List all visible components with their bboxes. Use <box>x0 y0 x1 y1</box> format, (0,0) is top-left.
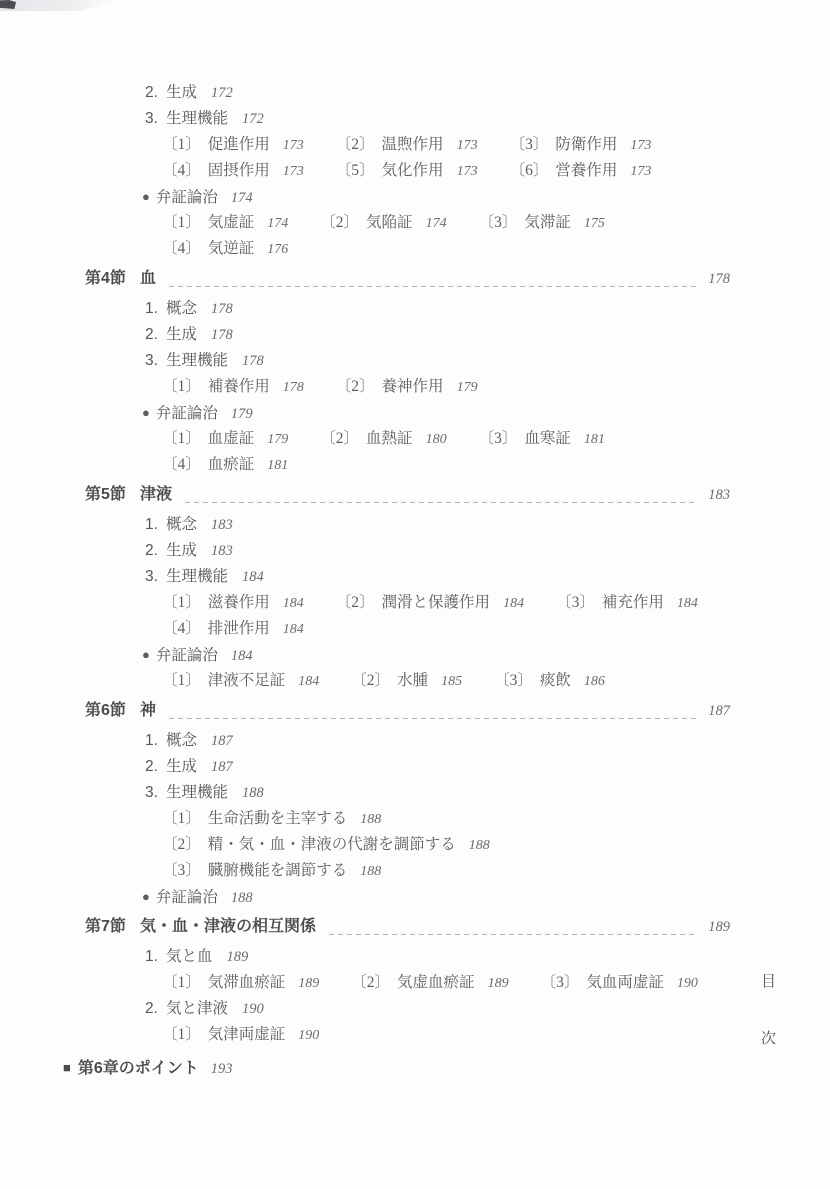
toc-sub-item: 〔2〕養神作用179 <box>336 374 478 400</box>
toc-sub-item-row: 〔1〕促進作用173〔2〕温煦作用173〔3〕防衛作用173 <box>162 132 730 158</box>
bullet-icon: ● <box>142 647 150 662</box>
item-title: 弁証論治 <box>156 189 218 206</box>
item-page-number: 187 <box>211 759 233 775</box>
toc-sub-item: 〔1〕気滞血瘀証189 <box>162 970 319 996</box>
toc-numbered-item: 3.生理機能184 <box>145 564 730 590</box>
toc-sub-item: 〔2〕血熱証180 <box>320 426 446 452</box>
sub-item-number: 〔1〕 <box>162 1026 201 1043</box>
sub-item-number: 〔3〕 <box>479 430 518 447</box>
sub-item-number: 〔3〕 <box>162 862 201 879</box>
sub-item-number: 〔1〕 <box>162 594 201 611</box>
item-number: 2. <box>145 542 158 559</box>
sub-item-page-number: 181 <box>267 458 288 473</box>
sub-item-page-number: 190 <box>677 976 698 991</box>
square-bullet-icon: ■ <box>63 1060 71 1075</box>
page-margin-label: 目 次 <box>761 970 776 1048</box>
sub-item-title: 補養作用 <box>208 378 270 395</box>
sub-item-number: 〔5〕 <box>336 162 375 179</box>
sub-item-page-number: 184 <box>283 596 304 611</box>
section-page-number: 178 <box>708 264 730 296</box>
sub-item-number: 〔2〕 <box>336 594 375 611</box>
item-title: 概念 <box>166 732 197 749</box>
toc-sub-item: 〔2〕気虚血瘀証189 <box>351 970 508 996</box>
sub-item-title: 排泄作用 <box>208 620 270 637</box>
item-title: 気と津液 <box>166 1000 228 1017</box>
sub-item-page-number: 176 <box>267 242 288 257</box>
item-number: 2. <box>145 1000 158 1017</box>
sub-item-number: 〔2〕 <box>351 974 390 991</box>
toc-sub-item: 〔1〕生命活動を主宰する188 <box>162 806 381 832</box>
item-page-number: 193 <box>211 1061 233 1077</box>
toc-sub-item: 〔1〕滋養作用184 <box>162 590 304 616</box>
toc-sub-item: 〔1〕補養作用178 <box>162 374 304 400</box>
sub-item-page-number: 178 <box>283 380 304 395</box>
toc-sub-item: 〔3〕血寒証181 <box>479 426 605 452</box>
item-number: 2. <box>145 84 158 101</box>
sub-item-page-number: 184 <box>677 596 698 611</box>
toc-sub-item-row: 〔1〕気津両虚証190 <box>162 1022 730 1048</box>
toc-sub-item: 〔3〕気滞証175 <box>479 210 605 236</box>
toc-sub-item-row: 〔1〕滋養作用184〔2〕潤滑と保護作用184〔3〕補充作用184 <box>162 590 730 616</box>
toc-sub-item: 〔3〕補充作用184 <box>556 590 698 616</box>
sub-item-title: 気滞証 <box>524 214 571 231</box>
dotted-leader <box>169 718 698 720</box>
sub-item-number: 〔3〕 <box>479 214 518 231</box>
sub-item-number: 〔3〕 <box>494 672 533 689</box>
sub-item-page-number: 184 <box>283 622 304 637</box>
item-title: 弁証論治 <box>156 647 218 664</box>
sub-item-title: 精・気・血・津液の代謝を調節する <box>208 836 456 853</box>
item-number: 3. <box>145 110 158 127</box>
item-page-number: 174 <box>231 190 253 206</box>
item-page-number: 187 <box>211 733 233 749</box>
toc-sub-item-row: 〔1〕津液不足証184〔2〕水腫185〔3〕痰飲186 <box>162 668 730 694</box>
toc-sub-item: 〔6〕営養作用173 <box>510 158 652 184</box>
item-title: 生理機能 <box>166 352 228 369</box>
sub-item-title: 血熱証 <box>366 430 413 447</box>
toc-numbered-item: 1.概念183 <box>145 512 730 538</box>
sub-item-number: 〔3〕 <box>541 974 580 991</box>
toc-list: 2.生成1723.生理機能172〔1〕促進作用173〔2〕温煦作用173〔3〕防… <box>0 80 730 1082</box>
item-page-number: 178 <box>242 353 264 369</box>
item-number: 3. <box>145 784 158 801</box>
sub-item-number: 〔1〕 <box>162 672 201 689</box>
sub-item-page-number: 189 <box>488 976 509 991</box>
sub-item-number: 〔2〕 <box>351 672 390 689</box>
item-page-number: 179 <box>231 406 253 422</box>
sub-item-title: 気虚血瘀証 <box>397 974 475 991</box>
sub-item-title: 防衛作用 <box>555 136 617 153</box>
sub-item-page-number: 174 <box>426 216 447 231</box>
item-number: 2. <box>145 326 158 343</box>
toc-sub-item-row: 〔4〕血瘀証181 <box>162 452 730 478</box>
item-page-number: 184 <box>242 569 264 585</box>
toc-numbered-item: 2.生成183 <box>145 538 730 564</box>
toc-section-heading: 第4節血178 <box>85 264 730 296</box>
bullet-icon: ● <box>142 889 150 904</box>
sub-item-number: 〔2〕 <box>320 430 359 447</box>
sub-item-page-number: 190 <box>298 1028 319 1043</box>
toc-sub-item: 〔2〕精・気・血・津液の代謝を調節する188 <box>162 832 490 858</box>
sub-item-page-number: 184 <box>298 674 319 689</box>
sub-item-number: 〔1〕 <box>162 810 201 827</box>
item-title: 概念 <box>166 300 197 317</box>
sub-item-page-number: 179 <box>267 432 288 447</box>
sub-item-number: 〔1〕 <box>162 430 201 447</box>
section-page-number: 189 <box>708 912 730 944</box>
sub-item-title: 温煦作用 <box>382 136 444 153</box>
section-page-number: 183 <box>708 480 730 512</box>
item-page-number: 184 <box>231 648 253 664</box>
item-number: 1. <box>145 516 158 533</box>
section-title: 神 <box>140 696 156 728</box>
toc-numbered-item: 2.生成172 <box>145 80 730 106</box>
toc-bullet-item: ●弁証論治184 <box>142 642 730 668</box>
item-number: 3. <box>145 352 158 369</box>
item-page-number: 190 <box>242 1001 264 1017</box>
sub-item-number: 〔3〕 <box>510 136 549 153</box>
sub-item-title: 気滞血瘀証 <box>208 974 286 991</box>
toc-sub-item: 〔4〕血瘀証181 <box>162 452 288 478</box>
toc-sub-item: 〔3〕防衛作用173 <box>510 132 652 158</box>
toc-sub-item-row: 〔1〕気滞血瘀証189〔2〕気虚血瘀証189〔3〕気血両虚証190 <box>162 970 730 996</box>
item-page-number: 188 <box>242 785 264 801</box>
item-title: 気と血 <box>166 948 213 965</box>
sub-item-number: 〔4〕 <box>162 240 201 257</box>
sub-item-title: 養神作用 <box>382 378 444 395</box>
sub-item-page-number: 173 <box>630 164 651 179</box>
sub-item-title: 促進作用 <box>208 136 270 153</box>
toc-sub-item: 〔1〕血虚証179 <box>162 426 288 452</box>
sub-item-page-number: 185 <box>441 674 462 689</box>
sub-item-title: 気血両虚証 <box>586 974 664 991</box>
sub-item-number: 〔1〕 <box>162 974 201 991</box>
sub-item-title: 血虚証 <box>208 430 255 447</box>
toc-bullet-item: ●弁証論治179 <box>142 400 730 426</box>
toc-sub-item-row: 〔4〕排泄作用184 <box>162 616 730 642</box>
sub-item-page-number: 173 <box>630 138 651 153</box>
sub-item-page-number: 184 <box>503 596 524 611</box>
item-page-number: 189 <box>226 949 248 965</box>
section-number: 第5節 <box>85 480 140 512</box>
item-title: 生成 <box>166 84 197 101</box>
sub-item-title: 気逆証 <box>208 240 255 257</box>
sub-item-number: 〔3〕 <box>556 594 595 611</box>
toc-numbered-item: 1.気と血189 <box>145 944 730 970</box>
toc-numbered-item: 3.生理機能178 <box>145 348 730 374</box>
sub-item-title: 痰飲 <box>540 672 571 689</box>
toc-sub-item: 〔2〕水腫185 <box>351 668 462 694</box>
sub-item-title: 水腫 <box>397 672 428 689</box>
section-number: 第7節 <box>85 912 140 944</box>
toc-numbered-item: 3.生理機能172 <box>145 106 730 132</box>
toc-sub-item-row: 〔1〕気虚証174〔2〕気陥証174〔3〕気滞証175 <box>162 210 730 236</box>
item-page-number: 172 <box>211 85 233 101</box>
section-number: 第6節 <box>85 696 140 728</box>
toc-sub-item: 〔4〕排泄作用184 <box>162 616 304 642</box>
toc-sub-item: 〔2〕潤滑と保護作用184 <box>336 590 524 616</box>
scan-artifact-streak <box>0 0 118 11</box>
section-title: 血 <box>140 264 156 296</box>
item-number: 1. <box>145 948 158 965</box>
item-page-number: 183 <box>211 517 233 533</box>
section-title: 津液 <box>140 480 172 512</box>
toc-sub-item: 〔1〕気虚証174 <box>162 210 288 236</box>
sub-item-title: 臓腑機能を調節する <box>208 862 348 879</box>
item-title: 生理機能 <box>166 568 228 585</box>
toc-sub-item: 〔5〕気化作用173 <box>336 158 478 184</box>
sub-item-title: 気化作用 <box>382 162 444 179</box>
toc-sub-item-row: 〔1〕補養作用178〔2〕養神作用179 <box>162 374 730 400</box>
sub-item-number: 〔1〕 <box>162 378 201 395</box>
section-title: 気・血・津液の相互関係 <box>140 912 316 944</box>
item-page-number: 178 <box>211 327 233 343</box>
toc-sub-item: 〔3〕臓腑機能を調節する188 <box>162 858 381 884</box>
toc-section-heading: 第7節気・血・津液の相互関係189 <box>85 912 730 944</box>
toc-sub-item: 〔3〕気血両虚証190 <box>541 970 698 996</box>
item-title: 生成 <box>166 326 197 343</box>
sub-item-number: 〔2〕 <box>336 378 375 395</box>
item-title: 生成 <box>166 758 197 775</box>
sub-item-page-number: 181 <box>584 432 605 447</box>
toc-sub-item: 〔2〕温煦作用173 <box>336 132 478 158</box>
item-title: 概念 <box>166 516 197 533</box>
item-title: 生理機能 <box>166 784 228 801</box>
toc-sub-item: 〔4〕固摂作用173 <box>162 158 304 184</box>
toc-sub-item-row: 〔4〕気逆証176 <box>162 236 730 262</box>
toc-chapter-points-item: ■第6章のポイント193 <box>63 1054 730 1082</box>
item-title: 生理機能 <box>166 110 228 127</box>
bullet-icon: ● <box>142 405 150 420</box>
item-page-number: 172 <box>242 111 264 127</box>
sub-item-page-number: 188 <box>360 812 381 827</box>
item-number: 1. <box>145 732 158 749</box>
dotted-leader <box>329 934 698 936</box>
item-number: 2. <box>145 758 158 775</box>
section-number: 第4節 <box>85 264 140 296</box>
sub-item-page-number: 175 <box>584 216 605 231</box>
sub-item-page-number: 189 <box>298 976 319 991</box>
toc-sub-item-row: 〔3〕臓腑機能を調節する188 <box>162 858 730 884</box>
bullet-icon: ● <box>142 189 150 204</box>
item-page-number: 188 <box>231 890 253 906</box>
toc-sub-item-row: 〔4〕固摂作用173〔5〕気化作用173〔6〕営養作用173 <box>162 158 730 184</box>
sub-item-page-number: 173 <box>283 138 304 153</box>
sub-item-page-number: 174 <box>267 216 288 231</box>
toc-sub-item-row: 〔1〕生命活動を主宰する188 <box>162 806 730 832</box>
sub-item-title: 津液不足証 <box>208 672 286 689</box>
toc-page: 2.生成1723.生理機能172〔1〕促進作用173〔2〕温煦作用173〔3〕防… <box>0 0 830 1189</box>
margin-label-char: 次 <box>761 1027 776 1048</box>
sub-item-title: 気陥証 <box>366 214 413 231</box>
toc-section-heading: 第5節津液183 <box>85 480 730 512</box>
sub-item-number: 〔2〕 <box>320 214 359 231</box>
sub-item-number: 〔1〕 <box>162 214 201 231</box>
item-number: 3. <box>145 568 158 585</box>
sub-item-page-number: 173 <box>457 138 478 153</box>
margin-label-char: 目 <box>761 970 776 991</box>
item-page-number: 183 <box>211 543 233 559</box>
toc-numbered-item: 2.生成178 <box>145 322 730 348</box>
toc-bullet-item: ●弁証論治174 <box>142 184 730 210</box>
toc-numbered-item: 2.気と津液190 <box>145 996 730 1022</box>
sub-item-title: 気津両虚証 <box>208 1026 286 1043</box>
toc-sub-item: 〔1〕津液不足証184 <box>162 668 319 694</box>
sub-item-title: 滋養作用 <box>208 594 270 611</box>
sub-item-page-number: 180 <box>426 432 447 447</box>
sub-item-title: 固摂作用 <box>208 162 270 179</box>
sub-item-number: 〔6〕 <box>510 162 549 179</box>
toc-sub-item: 〔2〕気陥証174 <box>320 210 446 236</box>
sub-item-number: 〔4〕 <box>162 620 201 637</box>
toc-numbered-item: 3.生理機能188 <box>145 780 730 806</box>
item-title: 弁証論治 <box>156 889 218 906</box>
sub-item-title: 血寒証 <box>524 430 571 447</box>
sub-item-page-number: 186 <box>584 674 605 689</box>
dotted-leader <box>185 502 698 504</box>
sub-item-number: 〔1〕 <box>162 136 201 153</box>
sub-item-page-number: 188 <box>360 864 381 879</box>
sub-item-number: 〔2〕 <box>162 836 201 853</box>
sub-item-title: 血瘀証 <box>208 456 255 473</box>
sub-item-page-number: 179 <box>457 380 478 395</box>
item-title: 生成 <box>166 542 197 559</box>
item-title: 弁証論治 <box>156 405 218 422</box>
toc-sub-item: 〔1〕促進作用173 <box>162 132 304 158</box>
toc-sub-item: 〔1〕気津両虚証190 <box>162 1022 319 1048</box>
sub-item-page-number: 173 <box>283 164 304 179</box>
sub-item-title: 生命活動を主宰する <box>208 810 348 827</box>
toc-numbered-item: 1.概念178 <box>145 296 730 322</box>
section-page-number: 187 <box>708 696 730 728</box>
toc-sub-item: 〔4〕気逆証176 <box>162 236 288 262</box>
sub-item-page-number: 173 <box>457 164 478 179</box>
dotted-leader <box>169 286 698 288</box>
toc-numbered-item: 1.概念187 <box>145 728 730 754</box>
sub-item-title: 補充作用 <box>602 594 664 611</box>
sub-item-number: 〔2〕 <box>336 136 375 153</box>
sub-item-number: 〔4〕 <box>162 456 201 473</box>
sub-item-page-number: 188 <box>469 838 490 853</box>
sub-item-title: 営養作用 <box>555 162 617 179</box>
item-page-number: 178 <box>211 301 233 317</box>
sub-item-title: 気虚証 <box>208 214 255 231</box>
toc-section-heading: 第6節神187 <box>85 696 730 728</box>
sub-item-number: 〔4〕 <box>162 162 201 179</box>
scan-artifact-corner <box>0 0 16 9</box>
toc-sub-item: 〔3〕痰飲186 <box>494 668 605 694</box>
toc-numbered-item: 2.生成187 <box>145 754 730 780</box>
item-number: 1. <box>145 300 158 317</box>
sub-item-title: 潤滑と保護作用 <box>382 594 491 611</box>
toc-sub-item-row: 〔1〕血虚証179〔2〕血熱証180〔3〕血寒証181 <box>162 426 730 452</box>
item-title: 第6章のポイント <box>78 1060 199 1077</box>
toc-bullet-item: ●弁証論治188 <box>142 884 730 910</box>
toc-sub-item-row: 〔2〕精・気・血・津液の代謝を調節する188 <box>162 832 730 858</box>
